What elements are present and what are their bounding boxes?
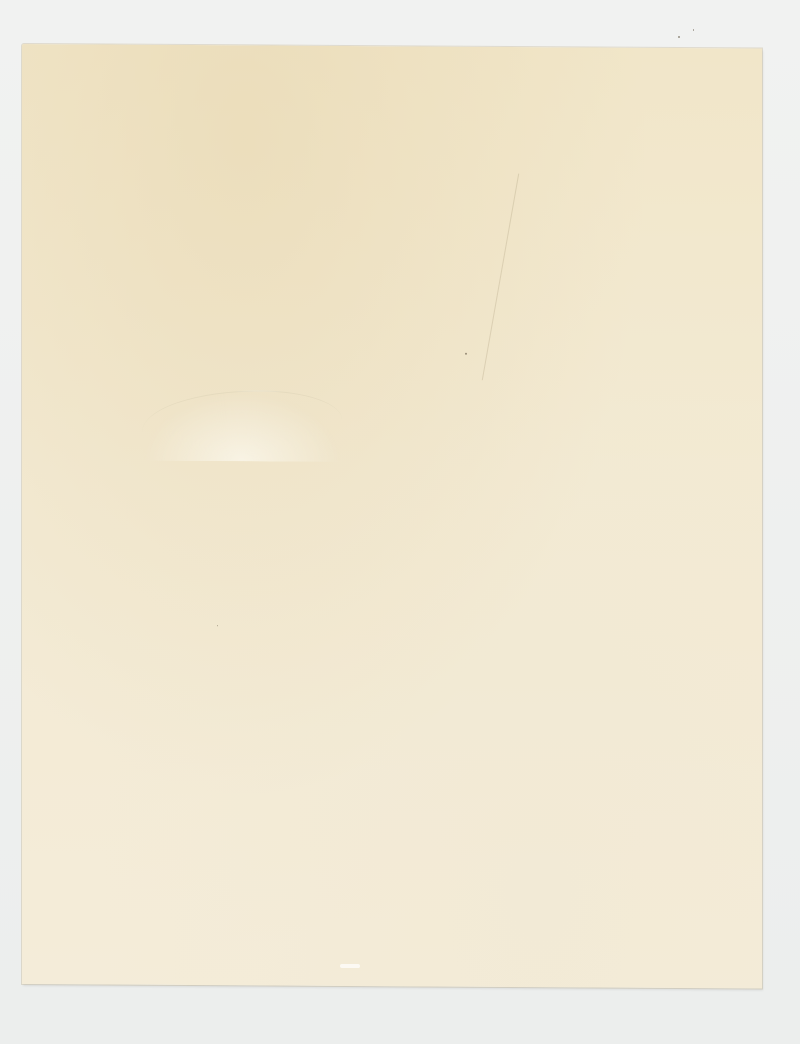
paper-speck bbox=[465, 353, 467, 355]
scanner-dust-speck bbox=[693, 29, 694, 31]
paper-speck bbox=[217, 625, 218, 626]
paper-edge-dent bbox=[340, 964, 360, 968]
paper-scratch bbox=[482, 174, 519, 381]
blank-paper-sheet bbox=[22, 44, 762, 989]
paper-crease bbox=[142, 390, 342, 462]
scanner-dust-speck bbox=[678, 36, 680, 38]
